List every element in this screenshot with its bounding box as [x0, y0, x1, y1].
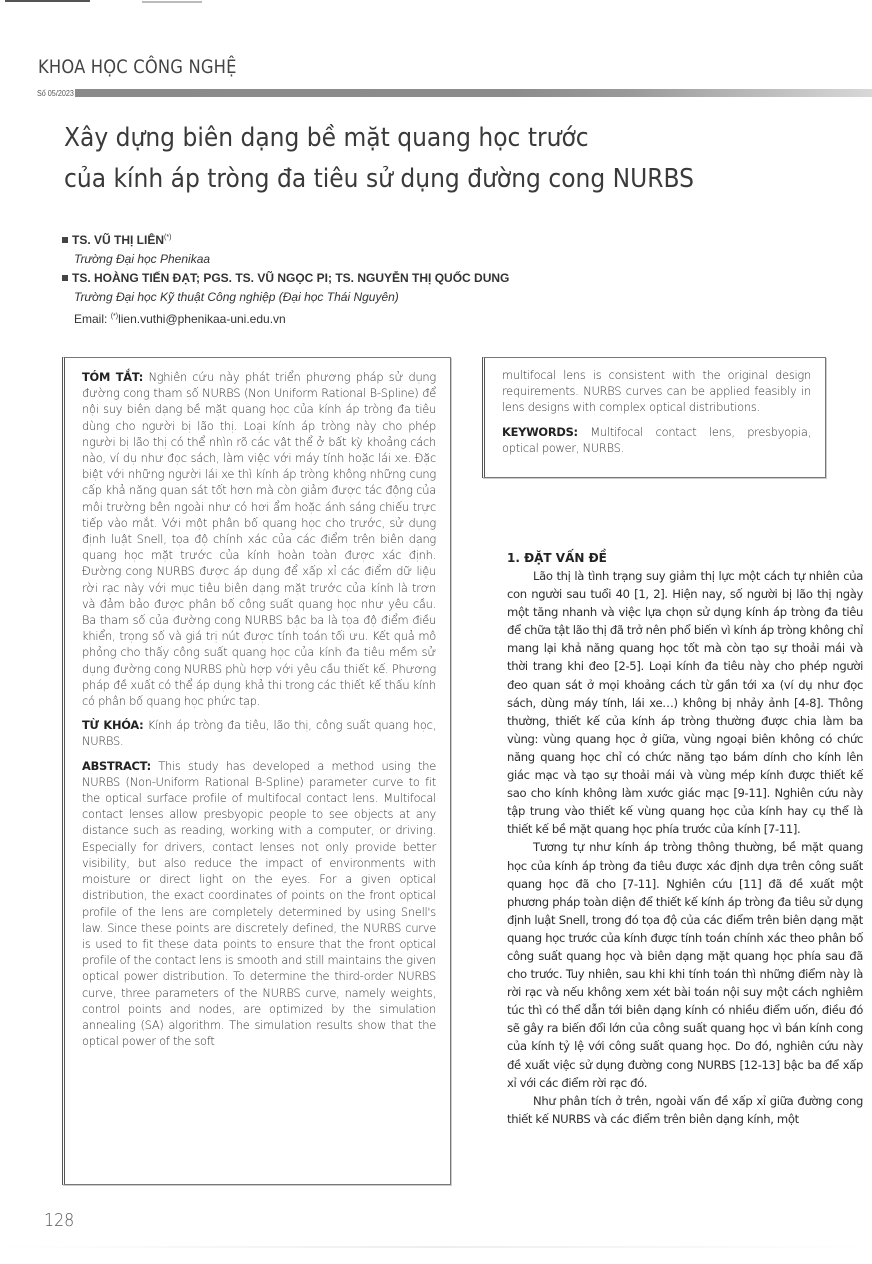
- body-column-right: 1. ĐẶT VẤN ĐỀ Lão thị là tình trạng suy …: [507, 549, 863, 1128]
- issue-number: Số 05/2023: [37, 89, 74, 98]
- keywords: KEYWORDS: Multifocal contact lens, presb…: [502, 424, 811, 456]
- affiliation-2: Trường Đại học Kỹ thuật Công nghiệp (Đại…: [62, 288, 509, 307]
- paragraph: Tương tự như kính áp tròng thông thường,…: [507, 838, 863, 1091]
- section-heading: 1. ĐẶT VẤN ĐỀ: [507, 549, 863, 567]
- corresponding-mark: (*): [164, 234, 171, 241]
- author-2: TS. HOÀNG TIẾN ĐẠT; PGS. TS. VŨ NGỌC PI;…: [62, 269, 509, 288]
- tu-khoa: TỪ KHÓA: Kính áp tròng đa tiêu, lão thị,…: [82, 717, 436, 749]
- email-link[interactable]: lien.vuthi@phenikaa-uni.edu.vn: [118, 312, 286, 326]
- email-line: Email: (*)lien.vuthi@phenikaa-uni.edu.vn: [62, 307, 509, 329]
- abstract-en: ABSTRACT: This study has developed a met…: [82, 758, 436, 1050]
- author-1: TS. VŨ THỊ LIÊN(*): [62, 228, 509, 250]
- bullet-square-icon: [62, 237, 68, 243]
- abstract-en-continued: multifocal lens is consistent with the o…: [502, 367, 811, 416]
- author-block: TS. VŨ THỊ LIÊN(*) Trường Đại học Phenik…: [62, 228, 509, 329]
- top-edge-marks: [0, 0, 872, 4]
- section-label: KHOA HỌC CÔNG NGHỆ: [38, 56, 237, 78]
- abstract-box-left: TÓM TẮT: Nghiên cứu này phát triển phươn…: [62, 357, 451, 1185]
- title-line-2: của kính áp tròng đa tiêu sử dụng đường …: [64, 159, 694, 200]
- bullet-square-icon: [62, 275, 68, 281]
- page-number: 128: [44, 1210, 74, 1231]
- tom-tat: TÓM TẮT: Nghiên cứu này phát triển phươn…: [82, 369, 436, 709]
- bottom-rule: [0, 1246, 872, 1248]
- abstract-box-right: multifocal lens is consistent with the o…: [482, 357, 826, 478]
- paragraph: Lão thị là tình trạng suy giảm thị lực m…: [507, 567, 863, 838]
- affiliation-1: Trường Đại học Phenikaa: [62, 250, 509, 269]
- article-title: Xây dựng biên dạng bề mặt quang học trướ…: [64, 118, 694, 200]
- paragraph: Như phân tích ở trên, ngoài vấn đề xấp x…: [507, 1092, 863, 1128]
- title-line-1: Xây dựng biên dạng bề mặt quang học trướ…: [64, 118, 694, 159]
- header-rule: [75, 89, 872, 97]
